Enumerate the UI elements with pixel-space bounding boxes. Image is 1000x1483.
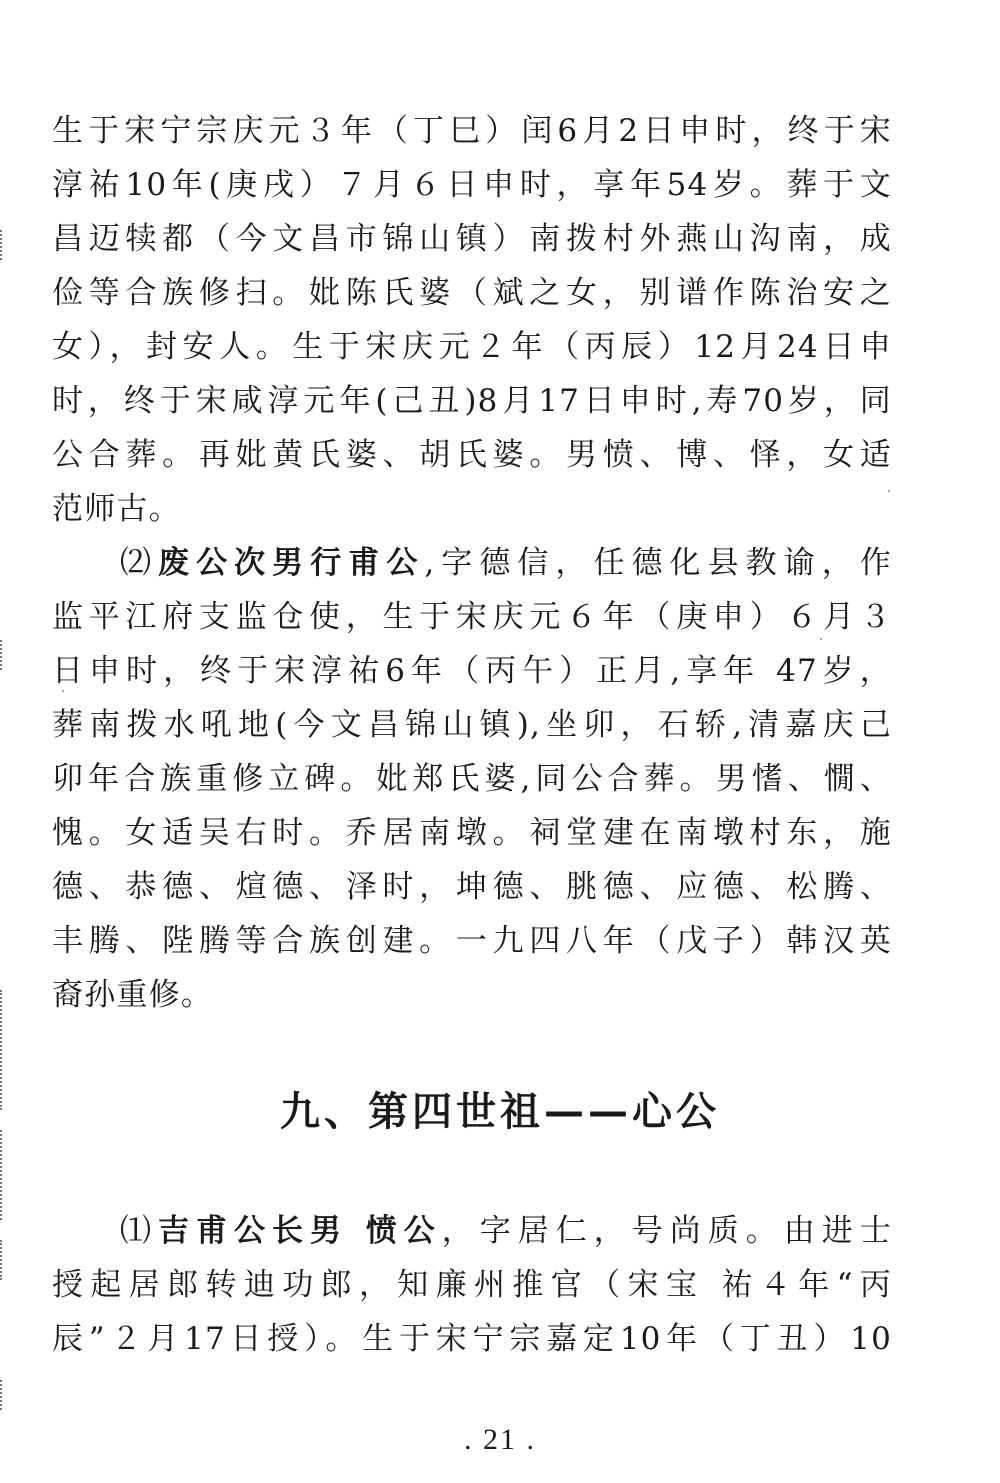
page-number: . 21 . xyxy=(0,1420,1000,1460)
text-line: 女），封安人。生于宋庆元２年（丙辰）12月24日申 xyxy=(52,320,892,374)
text-span: ，字居仁，号尚质。由进士 xyxy=(442,1213,892,1249)
person-name-bold: 吉甫公长男 愤公 xyxy=(158,1213,442,1249)
scan-artifact xyxy=(0,990,5,1110)
text-line: 愧。女适吴右时。乔居南墩。祠堂建在南墩村东，施 xyxy=(52,806,892,860)
text-line: 俭等合族修扫。妣陈氏婆（斌之女，别谱作陈治安之 xyxy=(52,266,892,320)
text-line: 日申时，终于宋淳祐6年（丙午）正月,享年 47岁， xyxy=(52,644,892,698)
text-line: 德、恭德、煊德、泽时，坤德、朓德、应德、松腾、 xyxy=(52,860,892,914)
paragraph-3-first-line: ⑴吉甫公长男 愤公，字居仁，号尚质。由进士 xyxy=(120,1204,892,1258)
text-line: 葬南拨水吼地(今文昌锦山镇),坐卯，石轿,清嘉庆己 xyxy=(52,698,892,752)
text-line: 范师古。 xyxy=(52,482,892,536)
scan-speck xyxy=(888,490,890,492)
text-line: 卯年合族重修立碑。妣郑氏婆,同公合葬。男愭、憪、 xyxy=(52,752,892,806)
text-line: 昌迈犊都（今文昌市锦山镇）南拨村外燕山沟南，成 xyxy=(52,212,892,266)
text-line: 授起居郎转迪功郎，知廉州推官（宋宝 祐４年“丙 xyxy=(52,1258,892,1312)
text-line: 淳祐10年(庚戌）７月６日申时，享年54岁。葬于文 xyxy=(52,158,892,212)
scanned-book-page: 生于宋宁宗庆元３年（丁巳）闰6月2日申时，终于宋 淳祐10年(庚戌）７月６日申时… xyxy=(0,0,1000,1483)
item-number-label: ⑴ xyxy=(120,1213,158,1249)
scan-speck xyxy=(62,690,64,692)
text-span: ,字德信，任德化县教谕，作 xyxy=(424,545,892,581)
text-line: 生于宋宁宗庆元３年（丁巳）闰6月2日申时，终于宋 xyxy=(52,104,892,158)
text-line: 丰腾、陛腾等合族创建。一九四八年（戊子）韩汉英 xyxy=(52,914,892,968)
person-name-bold: 废公次男行甫公 xyxy=(158,545,424,581)
text-line: 裔孙重修。 xyxy=(52,968,892,1022)
scan-speck xyxy=(820,638,822,640)
section-heading: 九、第四世祖——心公 xyxy=(0,1082,1000,1142)
text-line: 时，终于宋咸淳元年(己丑)8月17日申时,寿70岁，同 xyxy=(52,374,892,428)
scan-artifact xyxy=(0,230,5,260)
scan-artifact xyxy=(0,640,5,670)
text-line: 监平江府支监仓使，生于宋庆元６年（庚申）６月３ xyxy=(52,590,892,644)
text-line: 辰”２月17日授）。生于宋宁宗嘉定10年（丁丑）10 xyxy=(52,1312,892,1366)
scan-artifact xyxy=(0,1380,5,1410)
scan-artifact xyxy=(0,1130,5,1220)
text-line: 公合葬。再妣黄氏婆、胡氏婆。男愤、博、怿，女适 xyxy=(52,428,892,482)
scan-artifact xyxy=(0,1240,5,1280)
paragraph-2-first-line: ⑵废公次男行甫公,字德信，任德化县教谕，作 xyxy=(120,536,892,590)
item-number-label: ⑵ xyxy=(120,545,158,581)
